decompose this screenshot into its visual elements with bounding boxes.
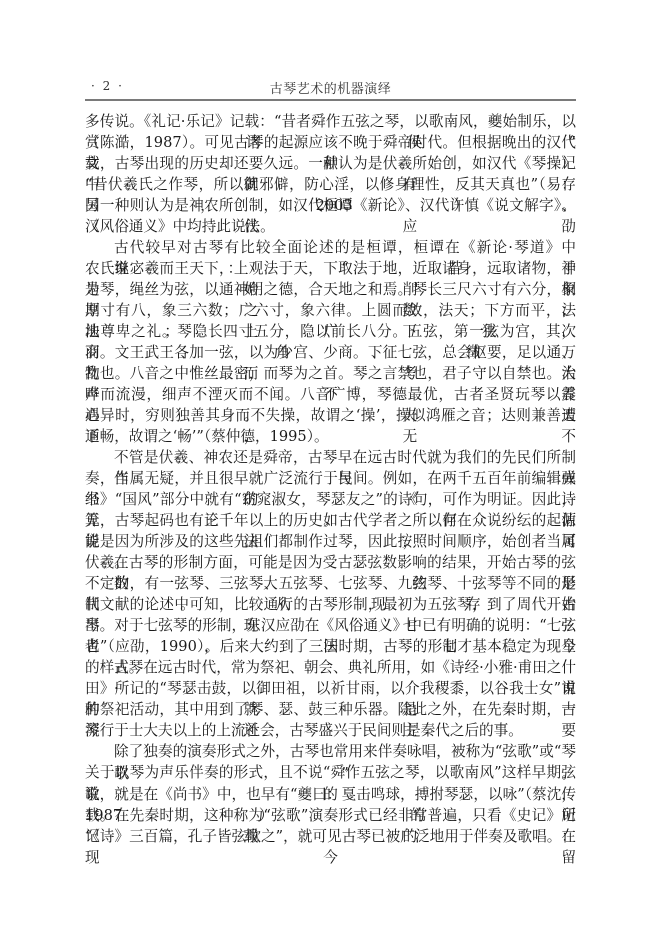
text-line: 奏，当属无疑，并且很早就广泛流行于民间。例如，在两千五百年前编辑成书的《诗 bbox=[85, 468, 576, 489]
paragraph: 不管是伏羲、神农还是舜帝，古琴早在远古时代就为我们的先民们所制作与弹 奏，当属无… bbox=[85, 447, 576, 552]
text-line: 另一种则认为是神农所创制，如汉代桓谭《新论》、汉代许慎《说文解字》、汉代应劭 bbox=[85, 195, 576, 216]
text-line: “《诗》三百篇，孔子皆弦歌之”，就可见古琴已被广泛地用于伴奏及歌唱。在现今留 bbox=[85, 826, 576, 847]
text-line: 厚寸有八，象三六数；广六寸，象六律。上圆而敛，法天；下方而平，法地；上广下狭， bbox=[85, 300, 576, 321]
text-line: 说，就是在《尚书》中，也早有“夔曰：戛击鸣球，搏拊琴瑟，以咏”（蔡沈，1987）… bbox=[85, 784, 576, 805]
text-line: 载，古琴出现的历史却还要久远。一种认为是伏羲所始创，如汉代《琴操》中就有： bbox=[85, 153, 576, 174]
text-line: 能是因为所涉及的这些先祖们都制作过琴，因此按照时间顺序，始创者当属伏羲。 bbox=[85, 531, 576, 552]
header-rule bbox=[85, 99, 576, 101]
text-line: 除了独奏的演奏形式之外，古琴也常用来伴奏咏唱，被称为“弦歌”或“琴歌”。 bbox=[85, 741, 576, 762]
page-header: · 2 · 古琴艺术的机器演绎 bbox=[85, 78, 576, 98]
running-title: 古琴艺术的机器演绎 bbox=[85, 78, 576, 97]
text-line: 法尊卑之礼。琴隐长四寸五分，隐以前长八分。五弦，第一弦为宫，其次商、角、徵、 bbox=[85, 321, 576, 342]
text-line: 关于以琴为声乐伴奏的形式，且不说“舜作五弦之琴，以歌南风”这样早期弦歌的传 bbox=[85, 762, 576, 783]
body-text: 多传说。《礼记·乐记》记载：“昔者舜作五弦之琴，以歌南风，夔始制乐，以赏诸侯” … bbox=[85, 111, 576, 847]
text-line: 代文献的论述中可知，比较通行的古琴形制，最初为五弦琴，到了周代开始出现七弦 bbox=[85, 594, 576, 615]
text-line: 种祭祀活动，其中用到了琴、瑟、鼓三种乐器。除此之外，在先秦时期，古琴还主要 bbox=[85, 699, 576, 720]
text-line: 也”（应劭，1990）。后来大约到了三国时期，古琴的形制才基本稳定为现今的样式。 bbox=[85, 636, 576, 657]
text-line: 古琴在远古时代，常为祭祀、朝会、典礼所用，如《诗经·小雅·甫田之什·甫 bbox=[85, 657, 576, 678]
text-line: 不管是伏羲、神农还是舜帝，古琴早在远古时代就为我们的先民们所制作与弹 bbox=[85, 447, 576, 468]
paragraph: 古琴在远古时代，常为祭祀、朝会、典礼所用，如《诗经·小雅·甫田之什·甫 田》所记… bbox=[85, 657, 576, 741]
text-line: 不定的，有一弦琴、三弦琴、五弦琴、七弦琴、九弦琴、十弦琴等不同的形制。从现存古 bbox=[85, 573, 576, 594]
paragraph: 多传说。《礼记·乐记》记载：“昔者舜作五弦之琴，以歌南风，夔始制乐，以赏诸侯” … bbox=[85, 111, 576, 237]
text-line: 农氏继宓羲而王天下，上观法于天，下取法于地，近取诸身，远取诸物，于是始削桐 bbox=[85, 258, 576, 279]
text-line: 经》“国风”部分中就有“窈窕淑女，琴瑟友之”的诗句，可作为明证。因此，无论如何估 bbox=[85, 489, 576, 510]
paragraph: 除了独奏的演奏形式之外，古琴也常用来伴奏咏唱，被称为“弦歌”或“琴歌”。 关于以… bbox=[85, 741, 576, 846]
text-line: 遇异时，穷则独善其身而不失操，故谓之‘操’，操似鸿雁之音；达则兼善天下，无不 bbox=[85, 405, 576, 426]
text-line: 哗而流漫，细声不湮灭而不闻。八音广博，琴德最优，古者圣贤玩琴以养心。夫遭 bbox=[85, 384, 576, 405]
text-line: 算，古琴起码也有三千年以上的历史。古代学者之所以存在众说纷纭的起源说法，可 bbox=[85, 510, 576, 531]
paragraph: 古代较早对古琴有比较全面论述的是桓谭，桓谭在《新论·琴道》中说：“昔神 农氏继宓… bbox=[85, 237, 576, 447]
text-line: 流行于士大夫以上的上流社会，古琴盛兴于民间则是秦代之后的事。 bbox=[85, 720, 576, 741]
text-line: 载。在先秦时期，这种称为“弦歌”演奏形式已经非常普遍，只看《史记》所记载的： bbox=[85, 805, 576, 826]
paragraph: 在古琴的形制方面，可能是因为受古瑟弦数影响的结果，开始古琴的弦数大约是 不定的，… bbox=[85, 552, 576, 657]
text-line: 乱也。八音之中惟丝最密，而琴为之首。琴之言禁也，君子守以自禁也。大声不震 bbox=[85, 363, 576, 384]
text-line: 羽。文王武王各加一弦，以为少宫、少商。下征七弦，总会枢要，足以通万物而考治 bbox=[85, 342, 576, 363]
text-line: 田》所记的“琴瑟击鼓，以御田祖，以祈甘雨，以介我稷黍，以谷我士女”说的就是一 bbox=[85, 678, 576, 699]
text-line: 在古琴的形制方面，可能是因为受古瑟弦数影响的结果，开始古琴的弦数大约是 bbox=[85, 552, 576, 573]
text-line: “昔伏羲氏之作琴，所以御邪僻，防心淫，以修身理性，反其天真也”（易存国，2003… bbox=[85, 174, 576, 195]
text-line: 多传说。《礼记·乐记》记载：“昔者舜作五弦之琴，以歌南风，夔始制乐，以赏诸侯” bbox=[85, 111, 576, 132]
text-line: （陈澔，1987）。可见古琴的起源应该不晚于舜帝时代。但根据晚出的汉代文献记 bbox=[85, 132, 576, 153]
text-line: 为琴，绳丝为弦，以通神明之德，合天地之和焉。琴长三尺六寸有六分，象期之数； bbox=[85, 279, 576, 300]
text-line: 古代较早对古琴有比较全面论述的是桓谭，桓谭在《新论·琴道》中说：“昔神 bbox=[85, 237, 576, 258]
text-line: 琴。对于七弦琴的形制，东汉应劭在《风俗通义》中已有明确的说明：“七弦者，法七星 bbox=[85, 615, 576, 636]
